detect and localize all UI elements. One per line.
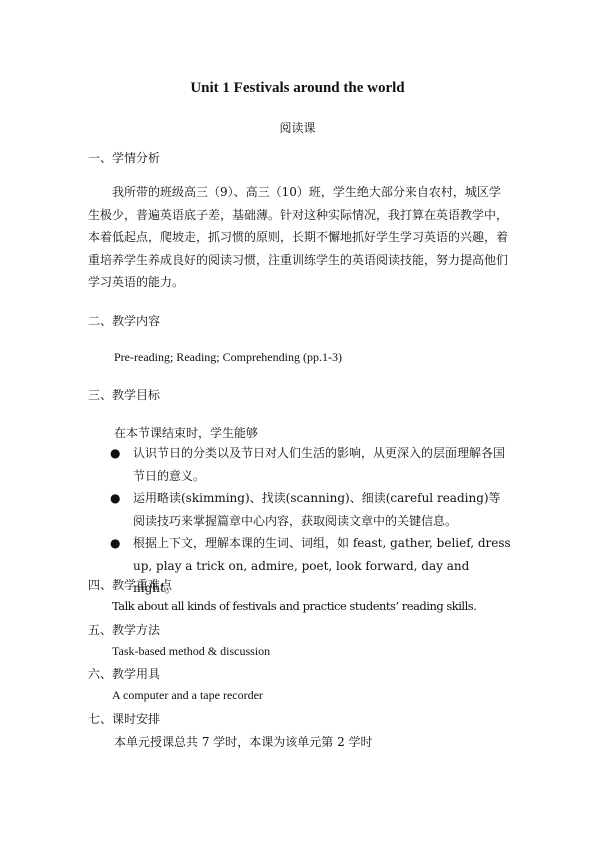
section-body-student-analysis: 我所带的班级高三（9）、高三（10）班，学生绝大部分来自农村，城区学生极少，普遍… [88, 181, 508, 294]
bullet-icon: ● [110, 487, 120, 510]
section-body-schedule: 本单元授课总共 7 学时，本课为该单元第 2 学时 [114, 733, 373, 750]
section-body-teaching-aids: A computer and a tape recorder [112, 688, 263, 703]
objective-item: 运用略读(skimming)、找读(scanning)、细读(careful r… [133, 487, 511, 532]
section-heading-teaching-objectives: 三、教学目标 [88, 386, 160, 403]
section-body-key-points: Talk about all kinds of festivals and pr… [112, 599, 476, 613]
bullet-icon: ● [110, 532, 120, 555]
section-body-teaching-methods: Task-based method & discussion [112, 644, 270, 659]
objective-item: 认识节日的分类以及节日对人们生活的影响，从更深入的层面理解各国节日的意义。 [133, 442, 511, 487]
section-heading-teaching-content: 二、教学内容 [88, 312, 160, 329]
section-heading-teaching-aids: 六、教学用具 [88, 665, 160, 682]
section-heading-schedule: 七、课时安排 [88, 710, 160, 727]
section-body-teaching-content: Pre-reading; Reading; Comprehending (pp.… [114, 350, 342, 365]
section-heading-teaching-methods: 五、教学方法 [88, 621, 160, 638]
bullet-icon: ● [110, 442, 120, 465]
section-heading-student-analysis: 一、学情分析 [88, 149, 160, 166]
objective-item: 根据上下文，理解本课的生词、词组，如 feast, gather, belief… [133, 532, 511, 600]
section-heading-key-points: 四、教学重难点 [88, 576, 172, 593]
document-subtitle: 阅读课 [0, 119, 595, 136]
objectives-intro: 在本节课结束时，学生能够 [114, 424, 258, 441]
document-title: Unit 1 Festivals around the world [0, 80, 595, 97]
